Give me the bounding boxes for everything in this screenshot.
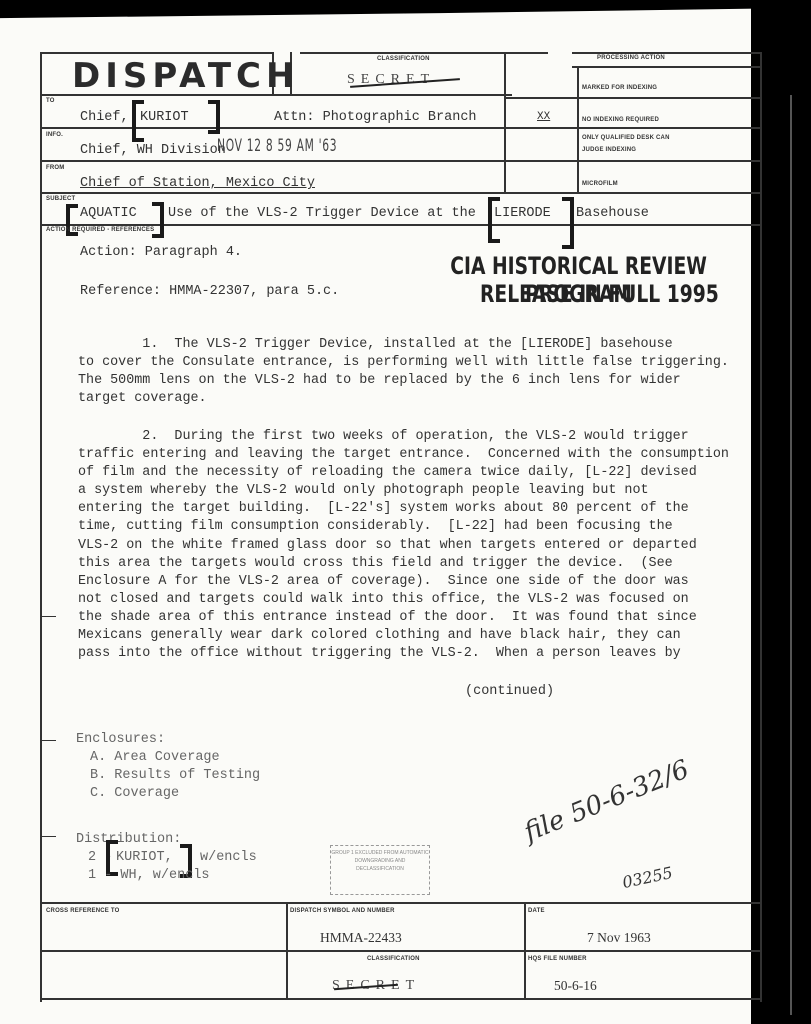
paragraph-1: 1. The VLS-2 Trigger Device, installed a…	[78, 336, 758, 408]
rule	[504, 52, 506, 192]
classification-label: CLASSIFICATION	[377, 56, 430, 62]
rule	[42, 52, 272, 54]
text-line: Enclosure A for the VLS-2 area of covera…	[78, 573, 758, 591]
text-line: the shade area of this entrance instead …	[78, 609, 758, 627]
enclosure-item: B. Results of Testing	[90, 768, 260, 783]
processing-option: MICROFILM	[582, 181, 618, 187]
redaction-bracket	[208, 100, 220, 134]
date-label: DATE	[528, 908, 545, 914]
subject-redacted-1: AQUATIC	[80, 206, 137, 221]
text-line: a system whereby the VLS-2 would only ph…	[78, 482, 758, 500]
redaction-bracket	[132, 100, 144, 142]
rule	[572, 66, 760, 68]
rule	[42, 950, 760, 952]
processing-option: ONLY QUALIFIED DESK CAN JUDGE INDEXING	[582, 132, 692, 156]
rule	[42, 998, 760, 1000]
text-line: target coverage.	[78, 390, 758, 408]
enclosure-item: A. Area Coverage	[90, 750, 220, 765]
subject-end: Basehouse	[576, 206, 649, 221]
hqs-file-value: 50-6-16	[554, 978, 597, 994]
processing-mark: XX	[537, 111, 550, 123]
enclosure-item: C. Coverage	[90, 786, 179, 801]
from-label: FROM	[46, 165, 64, 171]
paper-edge	[790, 95, 792, 1015]
margin-tick	[40, 740, 56, 741]
release-stamp-line-2: RELEASE IN FULL 1995	[480, 280, 719, 308]
text-line: VLS-2 on the white framed glass door so …	[78, 537, 758, 555]
cross-reference-label: CROSS REFERENCE TO	[46, 908, 120, 914]
rule	[42, 902, 760, 904]
continued-note: (continued)	[465, 684, 554, 699]
dispatch-title: DISPATCH	[72, 56, 299, 96]
redaction-bracket	[562, 197, 574, 249]
from-value: Chief of Station, Mexico City	[80, 176, 315, 191]
text-line: this area the targets would cross this f…	[78, 555, 758, 573]
rule	[577, 66, 579, 192]
text-line: 2. During the first two weeks of operati…	[78, 428, 758, 446]
rule	[572, 52, 760, 54]
text-line: time, cutting film consumption considera…	[78, 518, 758, 536]
action-value: Action: Paragraph 4.	[80, 245, 242, 260]
date-value: 7 Nov 1963	[587, 930, 651, 946]
dispatch-symbol-value: HMMA-22433	[320, 930, 402, 946]
paragraph-2: 2. During the first two weeks of operati…	[78, 428, 758, 663]
text-line: entering the target building. [L-22's] s…	[78, 500, 758, 518]
info-value: Chief, WH Division	[80, 143, 226, 158]
text-line: 1. The VLS-2 Trigger Device, installed a…	[78, 336, 758, 354]
rule	[300, 52, 548, 54]
rule	[504, 97, 760, 99]
rule	[42, 160, 760, 162]
to-prefix: Chief,	[80, 110, 129, 125]
rule	[524, 902, 526, 998]
rule	[286, 902, 288, 998]
processing-action-label: PROCESSING ACTION	[597, 55, 665, 61]
processing-option: NO INDEXING REQUIRED	[582, 117, 659, 123]
rule	[42, 127, 760, 129]
hqs-file-label: HQS FILE NUMBER	[528, 956, 587, 962]
text-line: of film and the necessity of reloading t…	[78, 464, 758, 482]
to-label: TO	[46, 98, 55, 104]
text-line: traffic entering and leaving the target …	[78, 446, 758, 464]
text-line: not closed and targets could walk into t…	[78, 591, 758, 609]
distribution-redacted: KURIOT,	[116, 850, 173, 865]
distribution-heading: Distribution:	[76, 832, 181, 847]
footer-classification-label: CLASSIFICATION	[367, 956, 420, 962]
rule	[42, 224, 760, 226]
reference-value: Reference: HMMA-22307, para 5.c.	[80, 284, 339, 299]
received-stamp: NOV 12 8 59 AM '63	[217, 136, 337, 156]
subject-text: Use of the VLS-2 Trigger Device at the	[168, 206, 476, 221]
attn-value: Attn: Photographic Branch	[274, 110, 477, 125]
action-label: ACTION REQUIRED - REFERENCES	[46, 227, 154, 233]
margin-tick	[40, 836, 56, 837]
rule	[42, 192, 760, 194]
distribution-line-2: 1 - WH, w/encls	[88, 868, 210, 883]
info-label: INFO.	[46, 132, 63, 138]
enclosures-heading: Enclosures:	[76, 732, 165, 747]
margin-tick	[40, 616, 56, 617]
to-redacted-value: KURIOT	[140, 110, 189, 125]
subject-label: SUBJECT	[46, 196, 75, 202]
dispatch-symbol-label: DISPATCH SYMBOL AND NUMBER	[290, 908, 395, 914]
group-stamp: GROUP 1 EXCLUDED FROM AUTOMATIC DOWNGRAD…	[330, 845, 430, 895]
text-line: pass into the office without triggering …	[78, 645, 758, 663]
text-line: The 500mm lens on the VLS-2 had to be re…	[78, 372, 758, 390]
processing-option: MARKED FOR INDEXING	[582, 85, 657, 91]
distribution-suffix: w/encls	[200, 850, 257, 865]
text-line: to cover the Consulate entrance, is perf…	[78, 354, 758, 372]
text-line: Mexicans generally wear dark colored clo…	[78, 627, 758, 645]
subject-redacted-2: LIERODE	[494, 206, 551, 221]
